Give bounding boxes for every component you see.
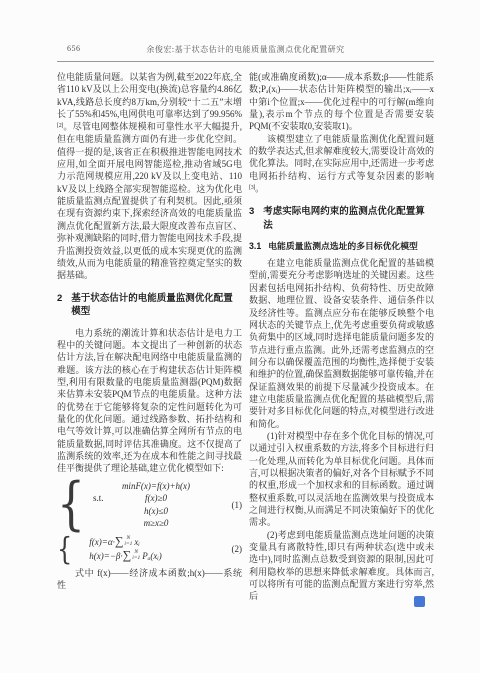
section-2-title: 基于状态估计的电能质量监测优化配置模型 xyxy=(71,292,242,319)
equation-1-line4: m≥x≥0 xyxy=(144,517,169,530)
page-number: 656 xyxy=(67,44,81,53)
paragraph-intro: 位电能质量问题。以某省为例,截至2022年底,全省110 kV及以上公用变电(换… xyxy=(57,71,242,282)
paragraph-point2: (2)考虑到电能质量监测点选址问题的决策变量具有离散特性,即只有两种状态(选中或… xyxy=(249,529,434,603)
header-divider xyxy=(57,61,434,62)
section-3-1-title: 电能质量监测点选址的多目标优化模型 xyxy=(268,240,418,252)
section-3-1-heading: 3.1 电能质量监测点选址的多目标优化模型 xyxy=(249,240,434,252)
summation-limits: Ni=1 xyxy=(132,549,140,561)
section-3-heading: 3 考虑实际电网约束的监测点优化配置算法 xyxy=(249,205,434,232)
equation-1-lines: s.t. minF(x)=f(x)+h(x) f(x)≥0 h(x)≤0 m≥x… xyxy=(88,480,224,530)
section-2-heading: 2 基于状态估计的电能质量监测优化配置模型 xyxy=(57,292,242,319)
section-3-1-number: 3.1 xyxy=(249,240,261,252)
paragraph-solve-text: 该模型建立了电能质量监测优化配置问题的数学表达式,但求解难度较大,需要设计高效的… xyxy=(249,134,434,181)
section-3-number: 3 xyxy=(249,205,254,232)
equation-1-line2: f(x)≥0 xyxy=(145,492,167,505)
paragraph-solve: 该模型建立了电能质量监测优化配置问题的数学表达式,但求解难度较大,需要设计高效的… xyxy=(249,133,434,195)
section-3-title: 考虑实际电网约束的监测点优化配置算法 xyxy=(263,205,434,232)
left-brace-icon: { xyxy=(57,476,85,533)
equation-2-number: (2) xyxy=(224,543,242,555)
equation-1-line1: minF(x)=f(x)+h(x) xyxy=(122,480,190,493)
paragraph-continuation: 能(或准确度函数);α——成本系数;β——性能系数;Pₐ(xᵢ)——状态估计矩阵… xyxy=(249,71,434,133)
paragraph-intro-text: 位电能质量问题。以某省为例,截至2022年底,全省110 kV及以上公用变电(换… xyxy=(57,72,242,119)
equation-2-line2-post: Pₐ(xᵢ) xyxy=(142,551,162,561)
paragraph-where: 式中 f(x)——经济成本函数;h(x)——系统性 xyxy=(57,567,242,592)
paragraph-point1: (1)针对模型中存在多个优化目标的情况,可以通过引入权重系数的方法,将多个目标进… xyxy=(249,430,434,529)
sigma-symbol: ∑ xyxy=(115,535,124,547)
equation-1-number: (1) xyxy=(224,499,242,511)
equation-2-line2-pre: h(x)=−β· xyxy=(89,551,122,561)
left-brace-icon: { xyxy=(57,533,72,564)
sigma-symbol: ∑ xyxy=(123,549,132,561)
section-2-number: 2 xyxy=(57,292,62,319)
left-column: 位电能质量问题。以某省为例,截至2022年底,全省110 kV及以上公用变电(换… xyxy=(57,71,242,603)
summation-limits: Ni=1 xyxy=(124,535,132,547)
equation-2-line1-pre: f(x)=α· xyxy=(89,537,115,547)
paragraph-siting: 在建立电能质量监测点优化配置的基础模型前,需要充分考虑影响选址的关键因素。这些因… xyxy=(249,257,434,430)
blue-cursor-marker xyxy=(414,596,425,607)
equation-2-line1: f(x)=α·∑Ni=1xᵢ xyxy=(89,535,140,549)
summation-icon: ∑Ni=1 xyxy=(115,535,135,547)
paragraph-intro-text-cont: 。尽管电网整体规模和可靠性水平大幅提升,但在电能质量监测方面仍有进一步优化空间。… xyxy=(57,122,242,280)
equation-2-line2: h(x)=−β·∑Ni=1Pₐ(xᵢ) xyxy=(89,549,161,563)
equation-2-line1-post: xᵢ xyxy=(134,537,139,547)
paragraph-solve-text-cont: 。 xyxy=(255,184,264,194)
equation-2: { f(x)=α·∑Ni=1xᵢ h(x)=−β·∑Ni=1Pₐ(xᵢ) (2) xyxy=(57,535,242,563)
equation-1-st: s.t. xyxy=(93,492,104,505)
equation-1: { s.t. minF(x)=f(x)+h(x) f(x)≥0 h(x)≤0 m… xyxy=(57,480,242,530)
equation-2-lines: f(x)=α·∑Ni=1xᵢ h(x)=−β·∑Ni=1Pₐ(xᵢ) xyxy=(75,535,224,563)
equation-1-line3: h(x)≤0 xyxy=(144,505,168,518)
running-title: 余俊宏:基于状态估计的电能质量监测点优化配置研究 xyxy=(146,44,344,55)
summation-icon: ∑Ni=1 xyxy=(123,549,143,561)
summation-lower: i=1 xyxy=(132,555,140,561)
summation-lower: i=1 xyxy=(124,541,132,547)
article-body: 位电能质量问题。以某省为例,截至2022年底,全省110 kV及以上公用变电(换… xyxy=(57,71,434,603)
page-header: 656 余俊宏:基于状态估计的电能质量监测点优化配置研究 xyxy=(57,44,434,58)
right-column: 能(或准确度函数);α——成本系数;β——性能系数;Pₐ(xᵢ)——状态估计矩阵… xyxy=(249,71,434,603)
paragraph-model: 电力系统的潮流计算和状态估计是电力工程中的关键问题。本文提出了一种创新的状态估计… xyxy=(57,327,242,475)
